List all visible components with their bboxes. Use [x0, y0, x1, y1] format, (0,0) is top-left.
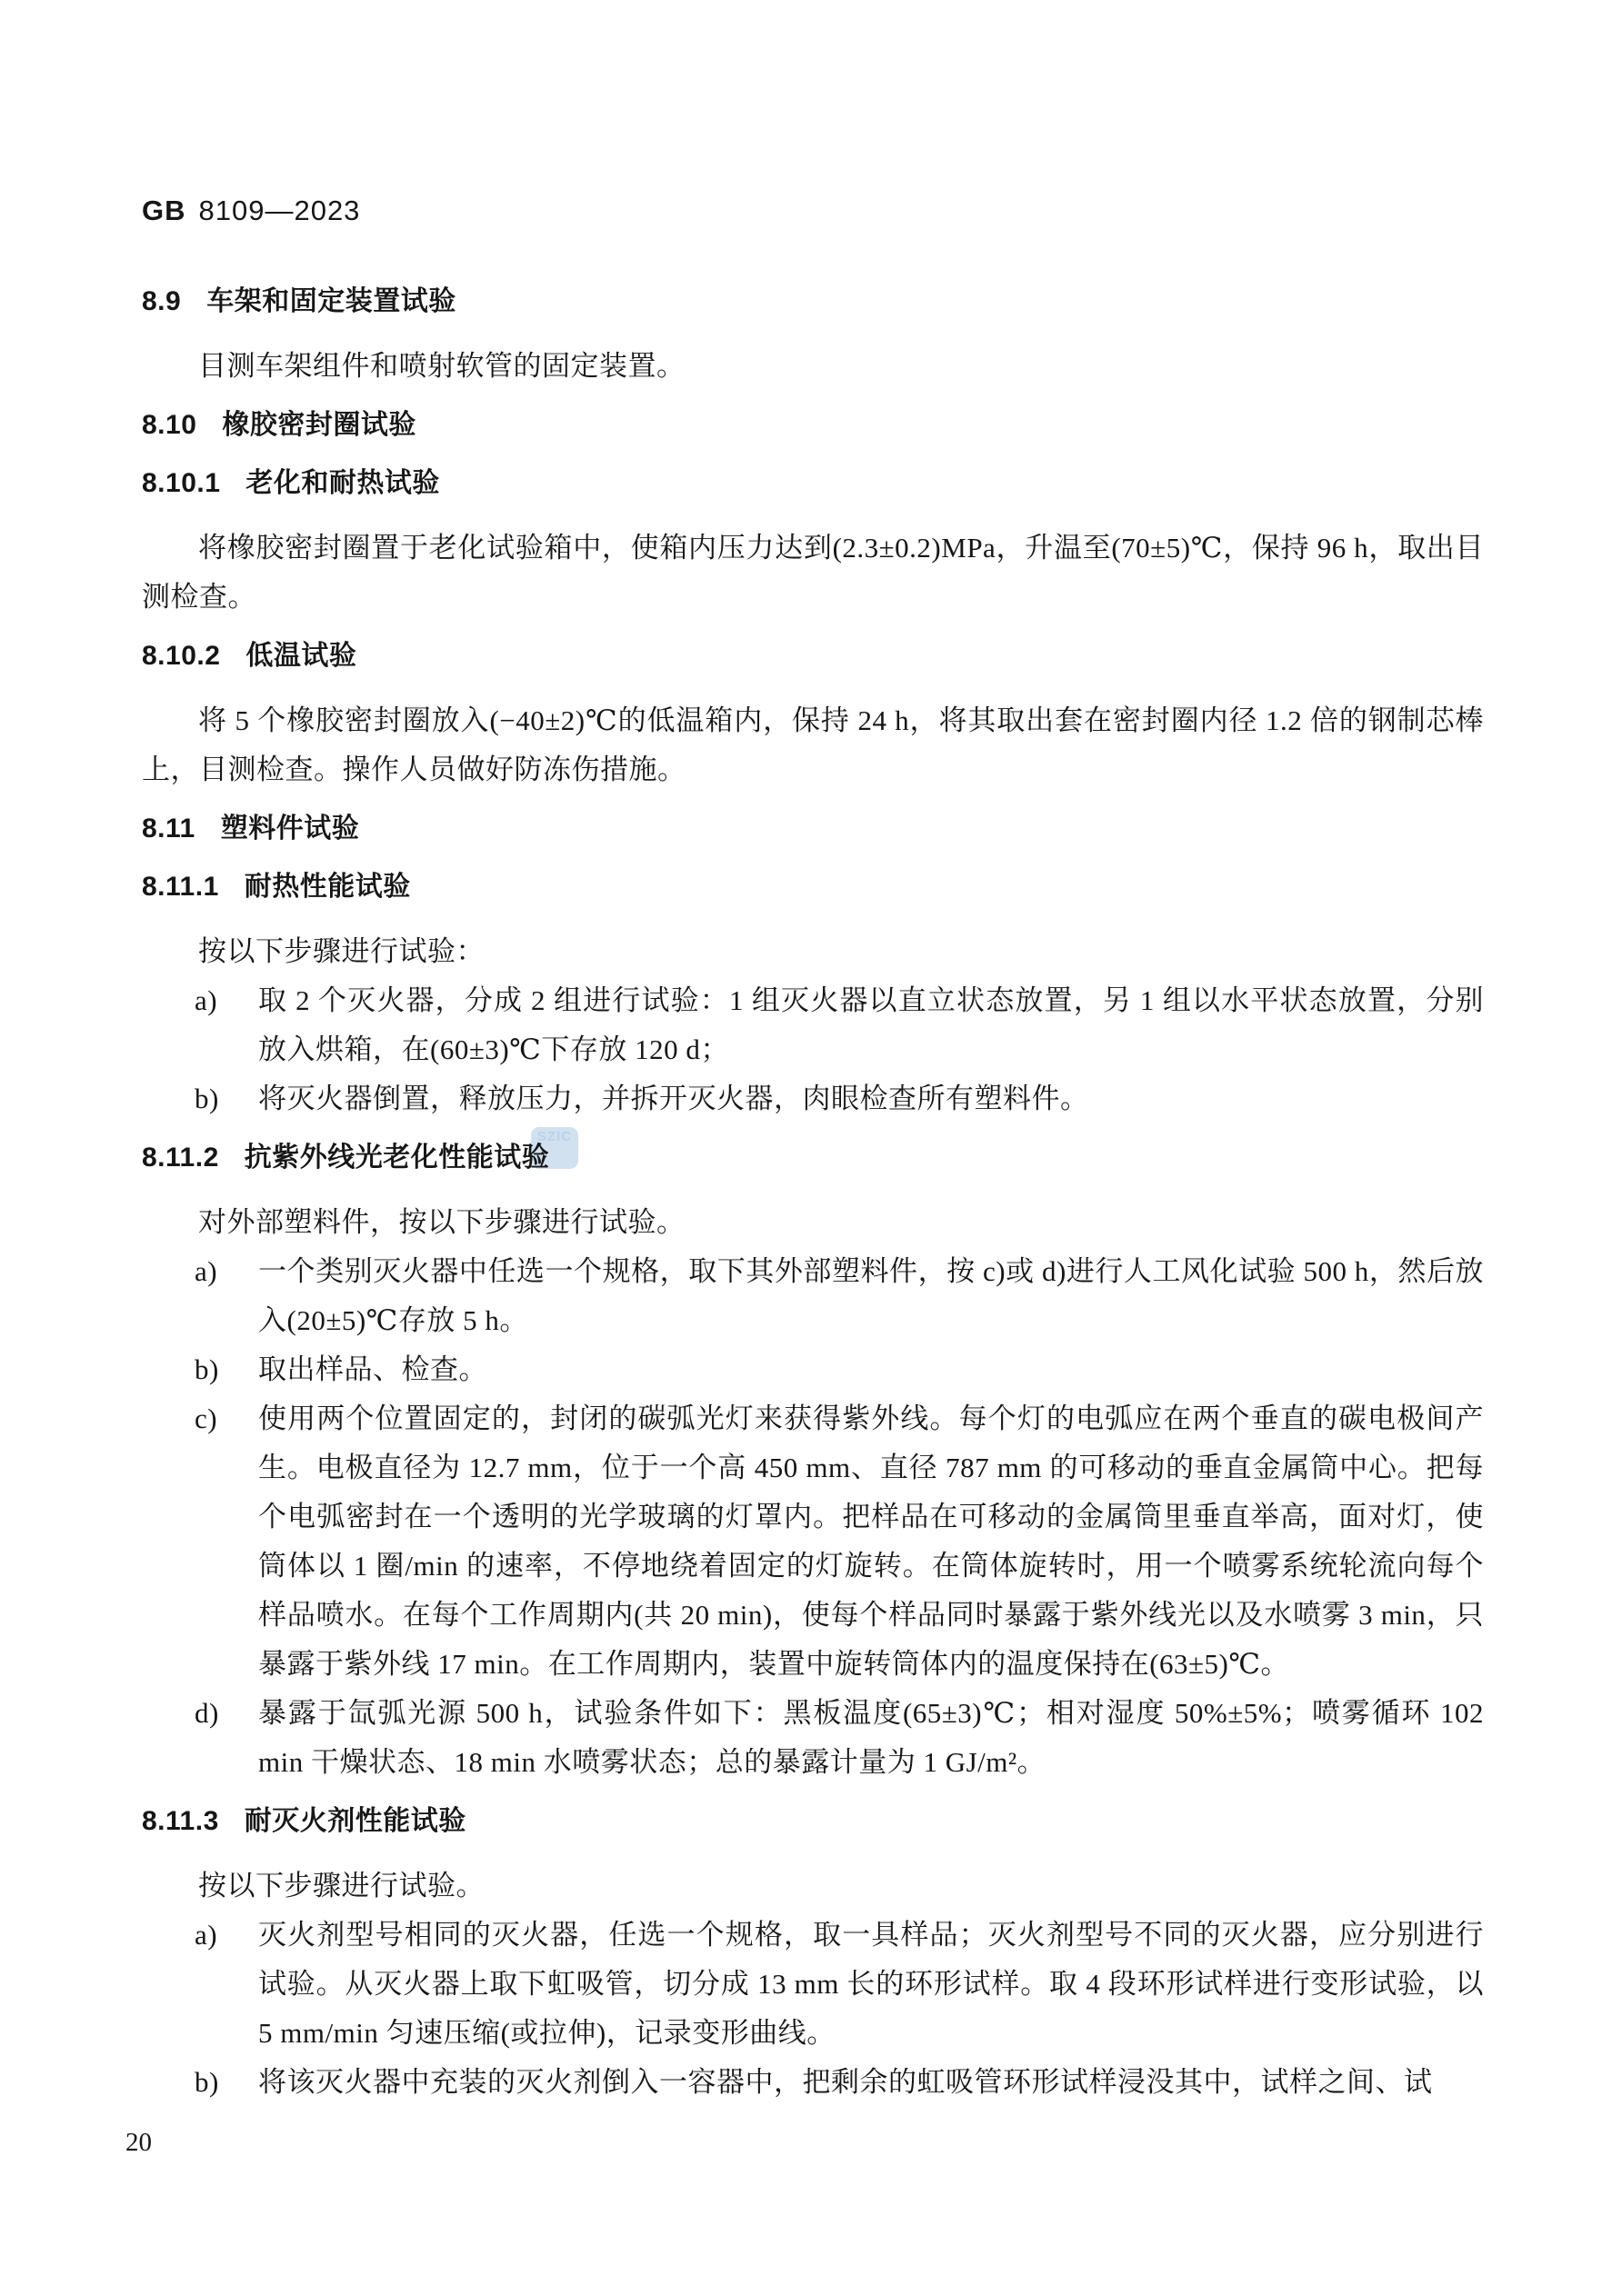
section-number: 8.9 — [142, 284, 181, 320]
standard-code-number: 8109—2023 — [199, 195, 361, 226]
section-title: 低温试验 — [245, 638, 356, 674]
section-heading-8-10-2: 8.10.2低温试验 — [142, 638, 1484, 674]
standard-code-prefix: GB — [142, 195, 186, 226]
section-number: 8.11 — [142, 811, 195, 847]
page-number: 20 — [125, 2127, 1484, 2158]
paragraph: 按以下步骤进行试验。 — [142, 1862, 1484, 1911]
paragraph: 按以下步骤进行试验： — [142, 927, 1484, 976]
list-item-label: a) — [195, 1911, 217, 1960]
section-number: 8.10.2 — [142, 638, 220, 674]
list-item-b: b)将灭火器倒置，释放压力，并拆开灭火器，肉眼检查所有塑料件。 — [142, 1074, 1484, 1123]
list-item-label: c) — [195, 1394, 217, 1443]
paragraph: 将橡胶密封圈置于老化试验箱中，使箱内压力达到(2.3±0.2)MPa，升温至(7… — [142, 524, 1484, 622]
section-heading-8-11: 8.11塑料件试验 — [142, 811, 1484, 847]
section-heading-8-11-1: 8.11.1耐热性能试验 — [142, 869, 1484, 905]
section-heading-8-11-3: 8.11.3耐灭火剂性能试验 — [142, 1803, 1484, 1840]
list-item-text: 一个类别灭火器中任选一个规格，取下其外部塑料件，按 c)或 d)进行人工风化试验… — [258, 1255, 1484, 1336]
list-item-text: 暴露于氙弧光源 500 h，试验条件如下：黑板温度(65±3)℃；相对湿度 50… — [258, 1697, 1484, 1778]
document-page: SZIC GB8109—2023 8.9车架和固定装置试验 目测车架组件和喷射软… — [0, 0, 1622, 2296]
section-number: 8.11.1 — [142, 869, 219, 905]
section-heading-8-11-2: 8.11.2抗紫外线光老化性能试验 — [142, 1140, 1484, 1176]
section-title: 塑料件试验 — [221, 811, 360, 847]
section-title: 耐热性能试验 — [245, 869, 411, 905]
list-item-label: a) — [195, 1247, 217, 1296]
page-content: GB8109—2023 8.9车架和固定装置试验 目测车架组件和喷射软管的固定装… — [142, 195, 1484, 2158]
list-item-label: b) — [195, 1074, 219, 1123]
list-item-label: b) — [195, 2058, 219, 2107]
list-item-a: a)取 2 个灭火器，分成 2 组进行试验：1 组灭火器以直立状态放置，另 1 … — [142, 976, 1484, 1074]
paragraph: 将 5 个橡胶密封圈放入(−40±2)℃的低温箱内，保持 24 h，将其取出套在… — [142, 696, 1484, 794]
section-number: 8.11.2 — [142, 1140, 219, 1176]
list-item-text: 使用两个位置固定的，封闭的碳弧光灯来获得紫外线。每个灯的电弧应在两个垂直的碳电极… — [258, 1403, 1484, 1680]
section-number: 8.10 — [142, 407, 196, 444]
section-heading-8-9: 8.9车架和固定装置试验 — [142, 284, 1484, 320]
list-item-b: b)取出样品、检查。 — [142, 1345, 1484, 1394]
list-item-text: 取 2 个灭火器，分成 2 组进行试验：1 组灭火器以直立状态放置，另 1 组以… — [258, 984, 1484, 1065]
list-item-b: b)将该灭火器中充装的灭火剂倒入一容器中，把剩余的虹吸管环形试样浸没其中，试样之… — [142, 2058, 1484, 2107]
list-item-label: d) — [195, 1689, 219, 1738]
section-heading-8-10: 8.10橡胶密封圈试验 — [142, 407, 1484, 444]
paragraph: 目测车架组件和喷射软管的固定装置。 — [142, 342, 1484, 391]
list-item-text: 灭火剂型号相同的灭火器，任选一个规格，取一具样品；灭火剂型号不同的灭火器，应分别… — [258, 1919, 1484, 2049]
list-item-text: 将该灭火器中充装的灭火剂倒入一容器中，把剩余的虹吸管环形试样浸没其中，试样之间、… — [258, 2066, 1433, 2098]
list-item-label: b) — [195, 1345, 219, 1394]
section-heading-8-10-1: 8.10.1老化和耐热试验 — [142, 465, 1484, 502]
list-item-text: 将灭火器倒置，释放压力，并拆开灭火器，肉眼检查所有塑料件。 — [258, 1083, 1089, 1114]
list-item-text: 取出样品、检查。 — [258, 1353, 487, 1385]
section-title: 抗紫外线光老化性能试验 — [245, 1140, 550, 1176]
list-item-label: a) — [195, 976, 217, 1025]
paragraph: 对外部塑料件，按以下步骤进行试验。 — [142, 1198, 1484, 1247]
standard-code-header: GB8109—2023 — [142, 195, 1484, 227]
list-item-d: d)暴露于氙弧光源 500 h，试验条件如下：黑板温度(65±3)℃；相对湿度 … — [142, 1689, 1484, 1787]
section-number: 8.11.3 — [142, 1803, 219, 1840]
section-title: 耐灭火剂性能试验 — [245, 1803, 466, 1840]
list-item-a: a)灭火剂型号相同的灭火器，任选一个规格，取一具样品；灭火剂型号不同的灭火器，应… — [142, 1911, 1484, 2058]
list-item-c: c)使用两个位置固定的，封闭的碳弧光灯来获得紫外线。每个灯的电弧应在两个垂直的碳… — [142, 1394, 1484, 1689]
section-title: 老化和耐热试验 — [245, 465, 440, 502]
section-number: 8.10.1 — [142, 465, 220, 502]
list-item-a: a)一个类别灭火器中任选一个规格，取下其外部塑料件，按 c)或 d)进行人工风化… — [142, 1247, 1484, 1345]
section-title: 橡胶密封圈试验 — [222, 407, 416, 444]
section-title: 车架和固定装置试验 — [206, 284, 456, 320]
